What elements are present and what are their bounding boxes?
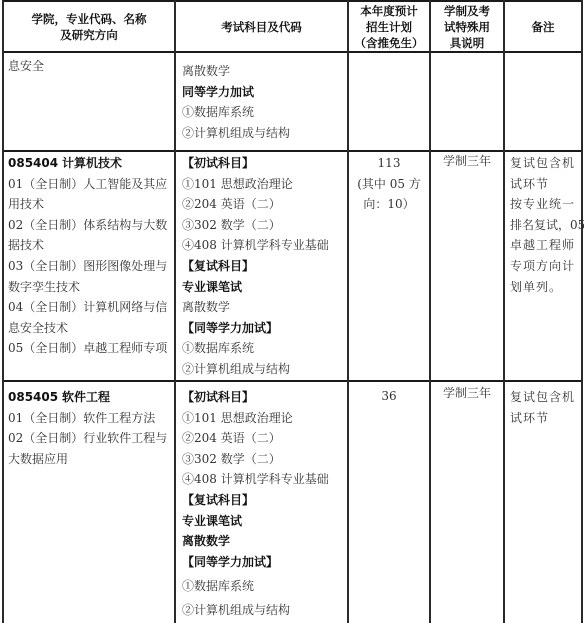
major-line: 据技术	[8, 235, 167, 256]
header-text: 及研究方向	[32, 27, 147, 43]
plan-line: 113	[349, 153, 429, 174]
exam-line: 【同等学力加试】	[182, 552, 329, 573]
header-text: 考试科目及代码	[221, 19, 302, 35]
exam-line: ①数据库系统	[182, 576, 329, 597]
major-line: 02（全日制）体系结构与大数	[8, 215, 167, 236]
major-line: 05（全日制）卓越工程师专项	[8, 338, 167, 359]
header-college-major: 学院，专业代码、名称及研究方向	[4, 2, 174, 52]
exam-line: 【复试科目】	[182, 490, 329, 511]
table-row-1-duration: 学制三年	[431, 151, 503, 172]
header-exam-subjects: 考试科目及代码	[176, 2, 347, 52]
major-line: 01（全日制）软件工程方法	[8, 408, 167, 429]
remark-line: 试环节	[510, 174, 584, 195]
table-row-2-plan: 36	[349, 386, 429, 407]
exam-line: 【同等学力加试】	[182, 318, 329, 339]
column-divider	[429, 0, 431, 623]
table-right-border	[581, 0, 583, 623]
table-row-2-duration: 学制三年	[431, 383, 503, 404]
remark-line: 按专业统一	[510, 194, 584, 215]
major-name: 计算机技术	[62, 156, 122, 170]
header-text: 学院，专业代码、名称	[32, 11, 147, 27]
table-row-2-remarks: 复试包含机 试环节	[510, 387, 575, 428]
column-divider	[347, 0, 349, 623]
header-text: 备注	[532, 19, 555, 35]
remark-line: 试环节	[510, 408, 575, 429]
major-line: 数字孪生技术	[8, 277, 167, 298]
table-row-1-exam: 【初试科目】 ①101 思想政治理论 ②204 英语（二） ③302 数学（二）…	[182, 153, 329, 380]
exam-line: 离散数学	[182, 531, 329, 552]
major-code: 085405	[8, 390, 58, 404]
duration-text: 学制三年	[431, 151, 503, 172]
exam-line: 【初试科目】	[182, 387, 329, 408]
plan-line: 向：10）	[349, 194, 429, 215]
exam-line: ②204 英语（二）	[182, 194, 329, 215]
remark-line: 排名复试，05	[510, 215, 584, 236]
header-text: （含推免生）	[355, 35, 424, 51]
header-text: 招生计划	[355, 19, 424, 35]
remark-line: 专项方向计	[510, 256, 584, 277]
exam-line: ①101 思想政治理论	[182, 408, 329, 429]
exam-line: ④408 计算机学科专业基础	[182, 235, 329, 256]
major-line: 02（全日制）行业软件工程与	[8, 428, 167, 449]
exam-line: ②计算机组成与结构	[182, 359, 329, 380]
exam-line: ②计算机组成与结构	[182, 600, 329, 621]
remark-line: 划单列。	[510, 277, 584, 298]
table-row-2-major: 085405 软件工程 01（全日制）软件工程方法 02（全日制）行业软件工程与…	[8, 387, 167, 469]
column-divider	[174, 0, 176, 623]
remark-line: 复试包含机	[510, 153, 584, 174]
major-line: 04（全日制）计算机网络与信	[8, 297, 167, 318]
table-row-2-exam: 【初试科目】 ①101 思想政治理论 ②204 英语（二） ③302 数学（二）…	[182, 387, 329, 621]
header-text: 本年度预计	[355, 3, 424, 19]
major-line: 03（全日制）图形图像处理与	[8, 256, 167, 277]
major-line: 息安全	[8, 56, 44, 77]
remark-line: 复试包含机	[510, 387, 575, 408]
exam-line: ②204 英语（二）	[182, 428, 329, 449]
exam-line: ④408 计算机学科专业基础	[182, 469, 329, 490]
major-line: 用技术	[8, 194, 167, 215]
exam-line: 专业课笔试	[182, 511, 329, 532]
header-remarks: 备注	[505, 2, 581, 52]
exam-line: ③302 数学（二）	[182, 449, 329, 470]
exam-line: ①101 思想政治理论	[182, 174, 329, 195]
major-line: 01（全日制）人工智能及其应	[8, 174, 167, 195]
exam-line: 【初试科目】	[182, 153, 329, 174]
exam-line: ①数据库系统	[182, 102, 290, 123]
table-row-1-major: 085404 计算机技术 01（全日制）人工智能及其应 用技术 02（全日制）体…	[8, 153, 167, 359]
remark-line: 卓越工程师	[510, 235, 584, 256]
table-row-0-exam: 离散数学 同等学力加试 ①数据库系统 ②计算机组成与结构	[182, 61, 290, 143]
header-text: 试特殊用	[444, 19, 490, 35]
major-line: 大数据应用	[8, 449, 167, 470]
table-row-1-remarks: 复试包含机 试环节 按专业统一 排名复试，05 卓越工程师 专项方向计 划单列。	[510, 153, 584, 297]
table-row-0-major: 息安全	[8, 56, 44, 77]
major-code: 085404	[8, 156, 58, 170]
plan-line: 36	[349, 386, 429, 407]
exam-line: ①数据库系统	[182, 338, 329, 359]
row-divider	[2, 380, 582, 382]
exam-line: 同等学力加试	[182, 82, 290, 103]
exam-line: 专业课笔试	[182, 277, 329, 298]
header-duration: 学制及考试特殊用具说明	[431, 2, 503, 52]
header-text: 具说明	[444, 35, 490, 51]
exam-line: ③302 数学（二）	[182, 215, 329, 236]
plan-line: (其中 05 方	[349, 174, 429, 195]
major-line: 息安全技术	[8, 318, 167, 339]
header-text: 学制及考	[444, 3, 490, 19]
column-divider	[503, 0, 505, 623]
exam-line: ②计算机组成与结构	[182, 123, 290, 144]
exam-line: 【复试科目】	[182, 256, 329, 277]
table-row-1-plan: 113 (其中 05 方 向：10）	[349, 153, 429, 215]
exam-line: 离散数学	[182, 297, 329, 318]
exam-line: 离散数学	[182, 61, 290, 82]
duration-text: 学制三年	[431, 383, 503, 404]
major-name: 软件工程	[62, 390, 110, 404]
header-enrollment-plan: 本年度预计招生计划（含推免生）	[349, 2, 429, 52]
table-left-border	[2, 0, 4, 623]
